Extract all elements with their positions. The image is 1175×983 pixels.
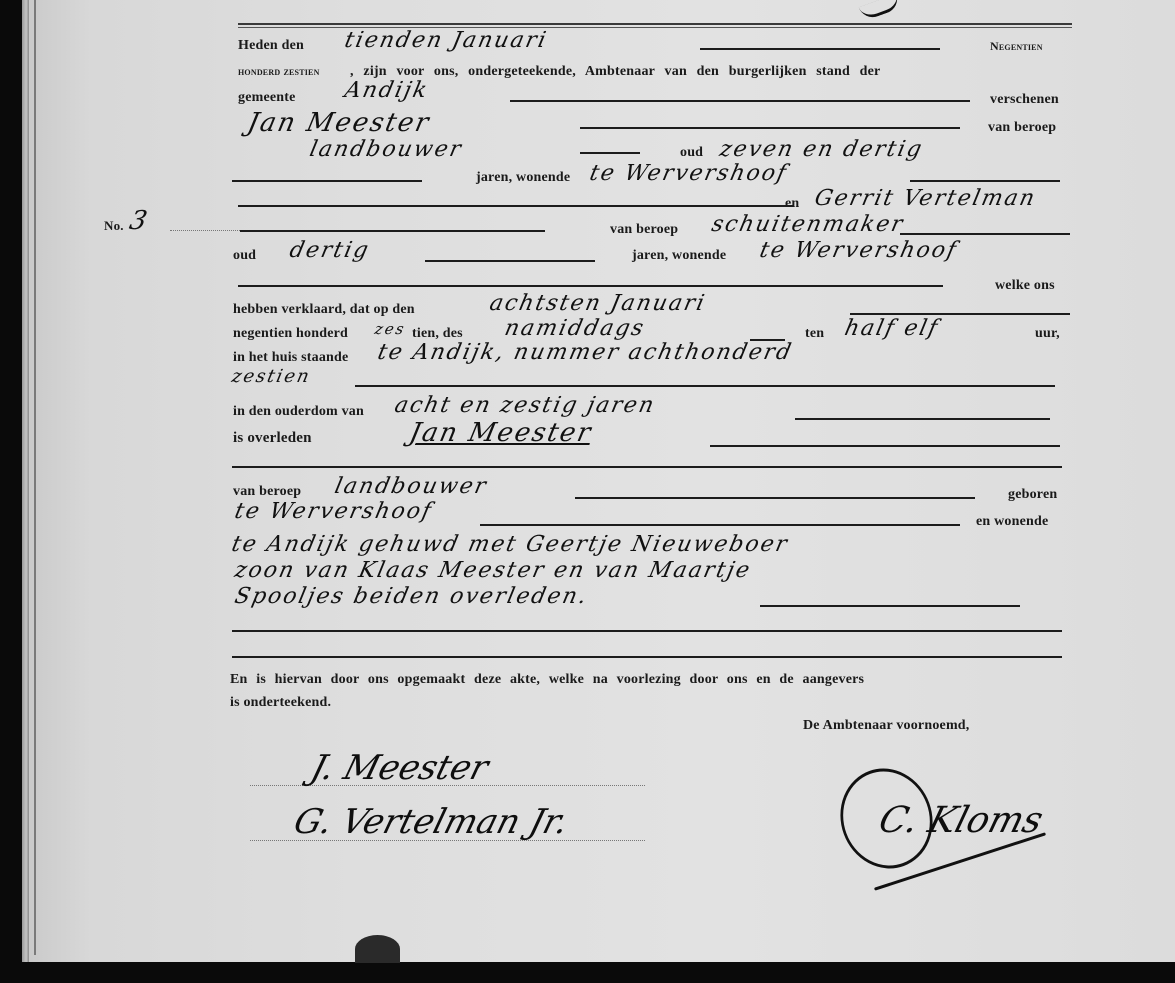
- printed-gemeente: gemeente: [238, 90, 296, 106]
- fill-rule: [232, 466, 1062, 468]
- printed-heden-den: Heden den: [238, 38, 304, 54]
- handwritten-parents-cont: Spooljes beiden overleden.: [232, 584, 590, 609]
- top-double-rule: [238, 23, 1072, 25]
- printed-en: en: [785, 196, 799, 212]
- printed-official-label: De Ambtenaar voornoemd,: [803, 718, 970, 734]
- handwritten-declarant2-age: dertig: [287, 238, 372, 263]
- printed-uur: uur,: [1035, 326, 1060, 342]
- handwritten-age-at-death: acht en zestig jaren: [392, 393, 657, 418]
- printed-record-number-label: No.: [104, 218, 124, 234]
- fill-rule: [910, 180, 1060, 182]
- printed-van-beroep-1: van beroep: [988, 120, 1056, 136]
- fill-rule: [425, 260, 595, 262]
- handwritten-place-of-death-cont: zestien: [230, 366, 313, 387]
- fill-rule: [580, 127, 960, 129]
- printed-honderd-zestien: honderd zestien: [238, 64, 320, 79]
- handwritten-declarant1-name: Jan Meester: [245, 108, 433, 138]
- printed-hebben-verklaard: hebben verklaard, dat op den: [233, 302, 415, 318]
- printed-in-het-huis: in het huis staande: [233, 350, 348, 366]
- handwritten-residence-marriage: te Andijk gehuwd met Geertje Nieuweboer: [229, 532, 791, 557]
- page-edge: [22, 0, 29, 962]
- printed-negentien: Negentien: [990, 39, 1043, 54]
- handwritten-declarant1-age: zeven en dertig: [717, 137, 925, 162]
- printed-oud-2: oud: [233, 248, 256, 264]
- handwritten-place-of-death: te Andijk, nummer achthonderd: [375, 340, 795, 365]
- fill-rule: [232, 630, 1062, 632]
- handwritten-declarant2-occupation: schuitenmaker: [709, 212, 906, 237]
- printed-oud-1: oud: [680, 145, 703, 161]
- fill-rule: [510, 100, 970, 102]
- dotted-leader: [170, 230, 240, 231]
- handwritten-declarant2-name: Gerrit Vertelman: [812, 186, 1038, 211]
- fill-rule: [238, 205, 793, 207]
- fill-rule: [580, 152, 640, 154]
- handwritten-declarant1-occupation: landbouwer: [307, 137, 465, 162]
- fill-rule: [760, 605, 1020, 607]
- fill-rule: [238, 285, 943, 287]
- fill-rule: [700, 48, 940, 50]
- printed-ten: ten: [805, 326, 824, 342]
- fill-rule: [355, 385, 1055, 387]
- handwritten-parents: zoon van Klaas Meester en van Maartje: [232, 558, 753, 583]
- signature-declarant2: G. Vertelman Jr.: [290, 802, 573, 842]
- fill-rule: [710, 445, 1060, 447]
- handwritten-hour: half elf: [842, 316, 941, 341]
- handwritten-declarant1-residence: te Wervershoof: [587, 161, 790, 186]
- printed-jaren-wonende-1: jaren, wonende: [476, 170, 570, 186]
- printed-van-beroep-2: van beroep: [610, 222, 678, 238]
- printed-geboren: geboren: [1008, 487, 1057, 503]
- handwritten-declarant2-residence: te Wervershoof: [757, 238, 960, 263]
- signature-declarant1: J. Meester: [307, 748, 493, 788]
- fill-rule: [900, 233, 1070, 235]
- printed-closing-line1: En is hiervan door ons opgemaakt deze ak…: [230, 672, 864, 688]
- printed-closing-line2: is onderteekend.: [230, 695, 331, 711]
- printed-is-overleden: is overleden: [233, 430, 312, 447]
- fill-rule: [240, 230, 545, 232]
- fill-rule: [480, 524, 960, 526]
- printed-verschenen: verschenen: [990, 92, 1059, 108]
- fill-rule: [232, 180, 422, 182]
- printed-in-den-ouderdom: in den ouderdom van: [233, 404, 364, 420]
- printed-van-beroep-3: van beroep: [233, 484, 301, 500]
- handwritten-year-part: zes: [373, 320, 407, 338]
- signature-official: C. Kloms: [875, 800, 1048, 841]
- handwritten-death-date: achtsten Januari: [487, 291, 708, 316]
- handwritten-date: tienden Januari: [342, 28, 550, 53]
- printed-en-wonende: en wonende: [976, 514, 1048, 530]
- handwritten-deceased-name: Jan Meester: [407, 418, 595, 448]
- fill-rule: [232, 656, 1062, 658]
- printed-jaren-wonende-2: jaren, wonende: [632, 248, 726, 264]
- fill-rule: [795, 418, 1050, 420]
- handwritten-gemeente: Andijk: [342, 78, 431, 103]
- handwritten-birthplace: te Wervershoof: [232, 499, 435, 524]
- handwritten-time-of-day: namiddags: [502, 316, 647, 341]
- page-edge-line: [34, 0, 36, 955]
- fill-rule: [850, 313, 1070, 315]
- fill-rule: [575, 497, 975, 499]
- handwritten-deceased-occupation: landbouwer: [332, 474, 490, 499]
- pen-tip: [355, 935, 400, 963]
- printed-welke-ons: welke ons: [995, 278, 1055, 294]
- printed-negentien-honderd: negentien honderd: [233, 326, 348, 342]
